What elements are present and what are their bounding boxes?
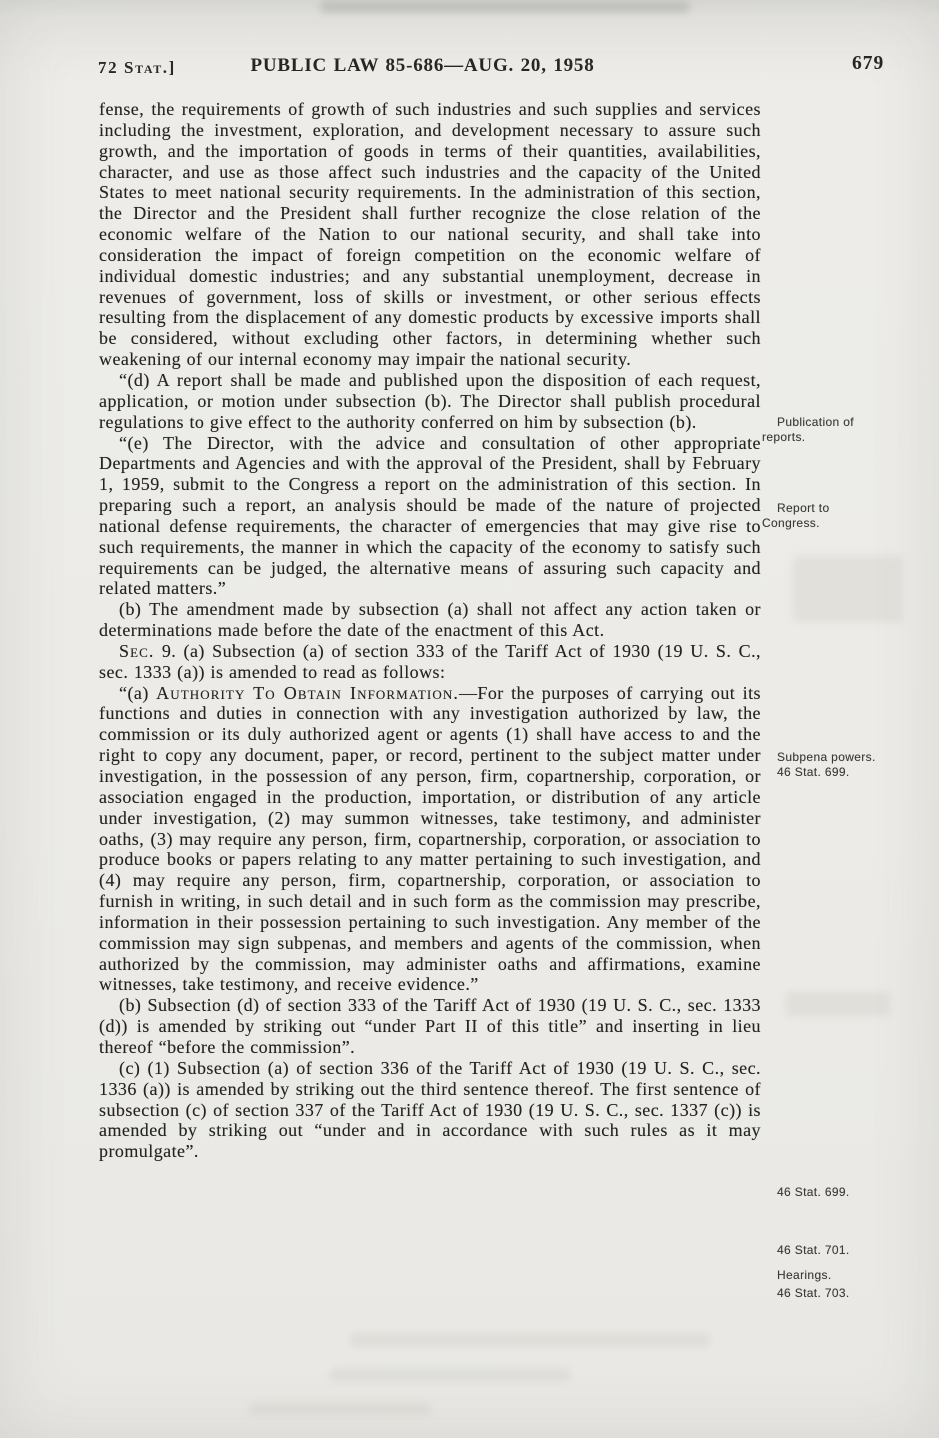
statute-paragraph: “(a) Authority To Obtain Information.—Fo… bbox=[99, 683, 761, 996]
page-number: 679 bbox=[852, 53, 912, 75]
statute-paragraph: “(d) A report shall be made and publishe… bbox=[99, 370, 761, 433]
scan-artifact bbox=[786, 992, 890, 1016]
statute-paragraph: “(e) The Director, with the advice and c… bbox=[99, 433, 761, 600]
statute-text: “(e) The Director, with the advice and c… bbox=[99, 433, 761, 599]
scan-artifact bbox=[793, 556, 903, 622]
statute-paragraph: (b) The amendment made by subsection (a)… bbox=[99, 599, 761, 641]
statute-text-smallcaps: Sec. bbox=[119, 641, 155, 661]
statute-page: 72 Stat.] PUBLIC LAW 85-686—AUG. 20, 195… bbox=[0, 0, 939, 1438]
scan-artifact bbox=[250, 1403, 430, 1414]
margin-note: Report to Congress. bbox=[762, 501, 882, 531]
scan-artifact bbox=[350, 1333, 710, 1347]
margin-note: Publication of reports. bbox=[762, 415, 882, 445]
scan-smudge bbox=[320, 1, 690, 13]
statute-text: (b) The amendment made by subsection (a)… bbox=[99, 599, 761, 640]
statute-body: fense, the requirements of growth of suc… bbox=[99, 99, 761, 1162]
statute-paragraph: Sec. 9. (a) Subsection (a) of section 33… bbox=[99, 641, 761, 683]
scan-artifact bbox=[330, 1368, 570, 1381]
statute-text-smallcaps: Authority To Obtain Information. bbox=[156, 683, 459, 703]
margin-note: Hearings. bbox=[762, 1268, 882, 1283]
statute-text: fense, the requirements of growth of suc… bbox=[99, 99, 761, 369]
statute-text: (b) Subsection (d) of section 333 of the… bbox=[99, 995, 761, 1057]
statute-paragraph: fense, the requirements of growth of suc… bbox=[99, 99, 761, 370]
statute-paragraph: (c) (1) Subsection (a) of section 336 of… bbox=[99, 1058, 761, 1162]
margin-note: 46 Stat. 699. bbox=[762, 765, 882, 780]
statute-text: 9. (a) Subsection (a) of section 333 of … bbox=[99, 641, 761, 682]
margin-note: 46 Stat. 703. bbox=[762, 1286, 882, 1301]
statute-text: —For the purposes of carrying out its fu… bbox=[99, 683, 761, 995]
statute-text: “(d) A report shall be made and publishe… bbox=[99, 370, 761, 432]
statute-paragraph: (b) Subsection (d) of section 333 of the… bbox=[99, 995, 761, 1058]
statute-text: (c) (1) Subsection (a) of section 336 of… bbox=[99, 1058, 761, 1161]
margin-note: Subpena powers. bbox=[762, 750, 882, 765]
margin-note: 46 Stat. 699. bbox=[762, 1185, 882, 1200]
margin-note: 46 Stat. 701. bbox=[762, 1243, 882, 1258]
statute-text: “(a) bbox=[119, 683, 156, 703]
running-head-law-title: PUBLIC LAW 85-686—AUG. 20, 1958 bbox=[100, 55, 745, 77]
